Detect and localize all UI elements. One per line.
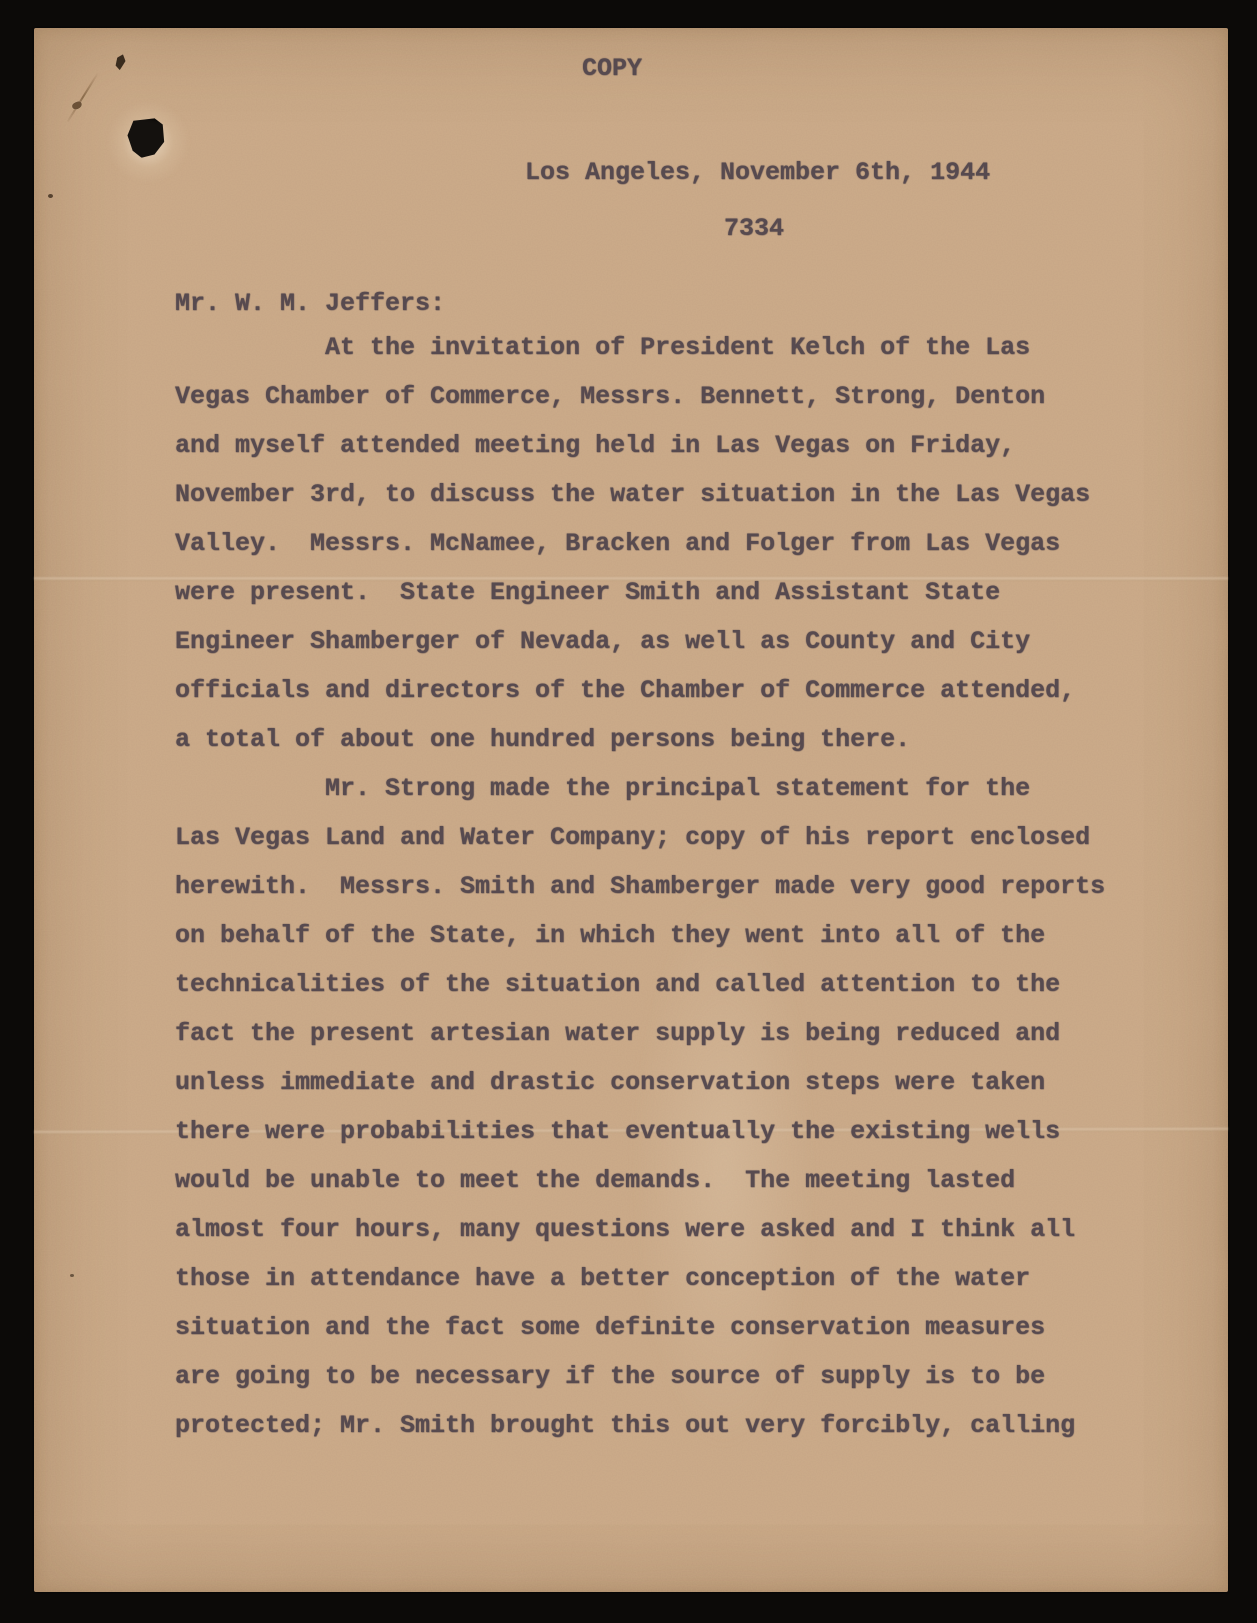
letter-line: technicalities of the situation and call… xyxy=(175,960,1105,1009)
paper-speck xyxy=(48,194,53,198)
paper-puncture-mark xyxy=(114,53,128,71)
letter-line: would be unable to meet the demands. The… xyxy=(175,1156,1105,1205)
letter-line: those in attendance have a better concep… xyxy=(175,1254,1105,1303)
letter-line: almost four hours, many questions were a… xyxy=(175,1205,1105,1254)
letter-line: a total of about one hundred persons bei… xyxy=(175,715,1105,764)
letter-line: Engineer Shamberger of Nevada, as well a… xyxy=(175,617,1105,666)
letter-line: on behalf of the State, in which they we… xyxy=(175,911,1105,960)
letter-line: are going to be necessary if the source … xyxy=(175,1352,1105,1401)
letter-line: Mr. Strong made the principal statement … xyxy=(175,764,1105,813)
copy-stamp: COPY xyxy=(582,44,642,93)
dateline: Los Angeles, November 6th, 1944 xyxy=(525,148,990,197)
letter-line: Las Vegas Land and Water Company; copy o… xyxy=(175,813,1105,862)
letter-line: fact the present artesian water supply i… xyxy=(175,1009,1105,1058)
letter-line: there were probabilities that eventually… xyxy=(175,1107,1105,1156)
letter-line: and myself attended meeting held in Las … xyxy=(175,421,1105,470)
paper-speck xyxy=(70,1274,74,1277)
letter-line: Vegas Chamber of Commerce, Messrs. Benne… xyxy=(175,372,1105,421)
letter-line: were present. State Engineer Smith and A… xyxy=(175,568,1105,617)
letter-line: Valley. Messrs. McNamee, Bracken and Fol… xyxy=(175,519,1105,568)
letter-line: situation and the fact some definite con… xyxy=(175,1303,1105,1352)
letter-line: At the invitation of President Kelch of … xyxy=(175,323,1105,372)
letter-line: protected; Mr. Smith brought this out ve… xyxy=(175,1401,1105,1450)
letter-line: herewith. Messrs. Smith and Shamberger m… xyxy=(175,862,1105,911)
paper-scratch xyxy=(67,72,99,122)
letter-line: officials and directors of the Chamber o… xyxy=(175,666,1105,715)
paper-speck xyxy=(71,101,83,111)
letter-page: COPY Los Angeles, November 6th, 1944 733… xyxy=(34,28,1228,1592)
letter-line: November 3rd, to discuss the water situa… xyxy=(175,470,1105,519)
letter-line: unless immediate and drastic conservatio… xyxy=(175,1058,1105,1107)
file-number: 7334 xyxy=(724,204,784,253)
salutation: Mr. W. M. Jeffers: xyxy=(175,279,445,328)
letter-body: At the invitation of President Kelch of … xyxy=(175,323,1105,1450)
